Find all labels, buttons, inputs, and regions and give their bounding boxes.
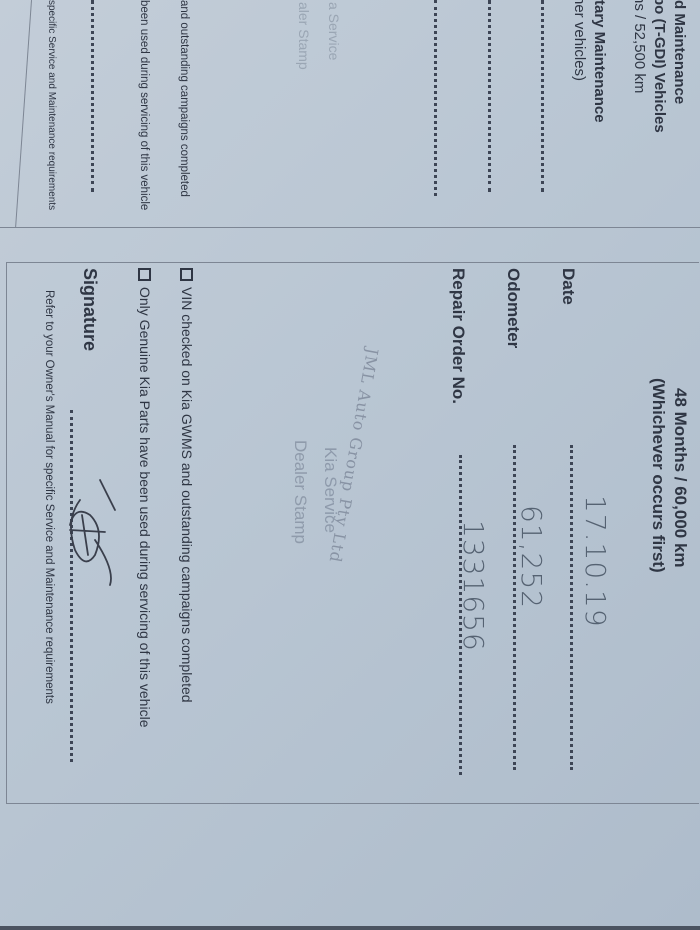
odometer-label: Odometer bbox=[503, 268, 523, 348]
previous-service-panel: d Maintenance bo (T-GDI) Vehicles hs / 5… bbox=[0, 0, 700, 229]
vin-checked-item[interactable]: VIN checked on Kia GWMS and outstanding … bbox=[179, 268, 195, 703]
date-value: 17.10.19 bbox=[579, 495, 612, 628]
signature-scribble bbox=[60, 470, 130, 590]
signature-label: Signature bbox=[79, 268, 100, 351]
surface-edge bbox=[0, 926, 700, 930]
panel-divider bbox=[0, 227, 700, 228]
previous-title-line: her vehicles) bbox=[570, 0, 588, 81]
previous-checklist-item: been used during servicing of this vehic… bbox=[138, 0, 150, 210]
date-label: Date bbox=[558, 268, 578, 305]
service-interval: 48 Months / 60,000 km bbox=[670, 388, 690, 568]
dealer-stamp-heading: Kia Service bbox=[320, 447, 340, 533]
previous-repair-order-line bbox=[434, 0, 440, 196]
date-field[interactable] bbox=[570, 445, 573, 770]
previous-stamp-label: a Service bbox=[326, 2, 342, 60]
footer-note: Refer to your Owner's Manual for specifi… bbox=[43, 290, 55, 704]
previous-title-line: hs / 52,500 km bbox=[630, 0, 648, 93]
panel-border bbox=[15, 0, 32, 228]
previous-title-line: bo (T-GDI) Vehicles bbox=[650, 0, 668, 133]
repair-order-value: 1331656 bbox=[457, 520, 490, 652]
previous-date-line bbox=[541, 0, 547, 192]
previous-footer-note: specific Service and Maintenance require… bbox=[46, 0, 57, 210]
previous-title-line: tary Maintenance bbox=[590, 0, 608, 123]
genuine-parts-checkbox[interactable] bbox=[139, 268, 152, 281]
genuine-parts-item[interactable]: Only Genuine Kia Parts have been used du… bbox=[137, 268, 153, 727]
previous-title-line: d Maintenance bbox=[670, 0, 688, 104]
previous-checklist-item: and outstanding campaigns completed bbox=[178, 0, 190, 197]
previous-signature-line bbox=[91, 0, 97, 192]
odometer-value: 61,252 bbox=[515, 505, 548, 609]
vin-checkbox[interactable] bbox=[181, 268, 194, 281]
vin-checked-label: VIN checked on Kia GWMS and outstanding … bbox=[179, 287, 195, 703]
repair-order-label: Repair Order No. bbox=[448, 268, 468, 404]
service-interval-note: (Whichever occurs first) bbox=[648, 378, 668, 573]
genuine-parts-label: Only Genuine Kia Parts have been used du… bbox=[137, 287, 153, 727]
dealer-stamp-label: Dealer Stamp bbox=[290, 440, 310, 544]
previous-odometer-line bbox=[488, 0, 494, 192]
previous-stamp-label: aler Stamp bbox=[296, 2, 312, 70]
